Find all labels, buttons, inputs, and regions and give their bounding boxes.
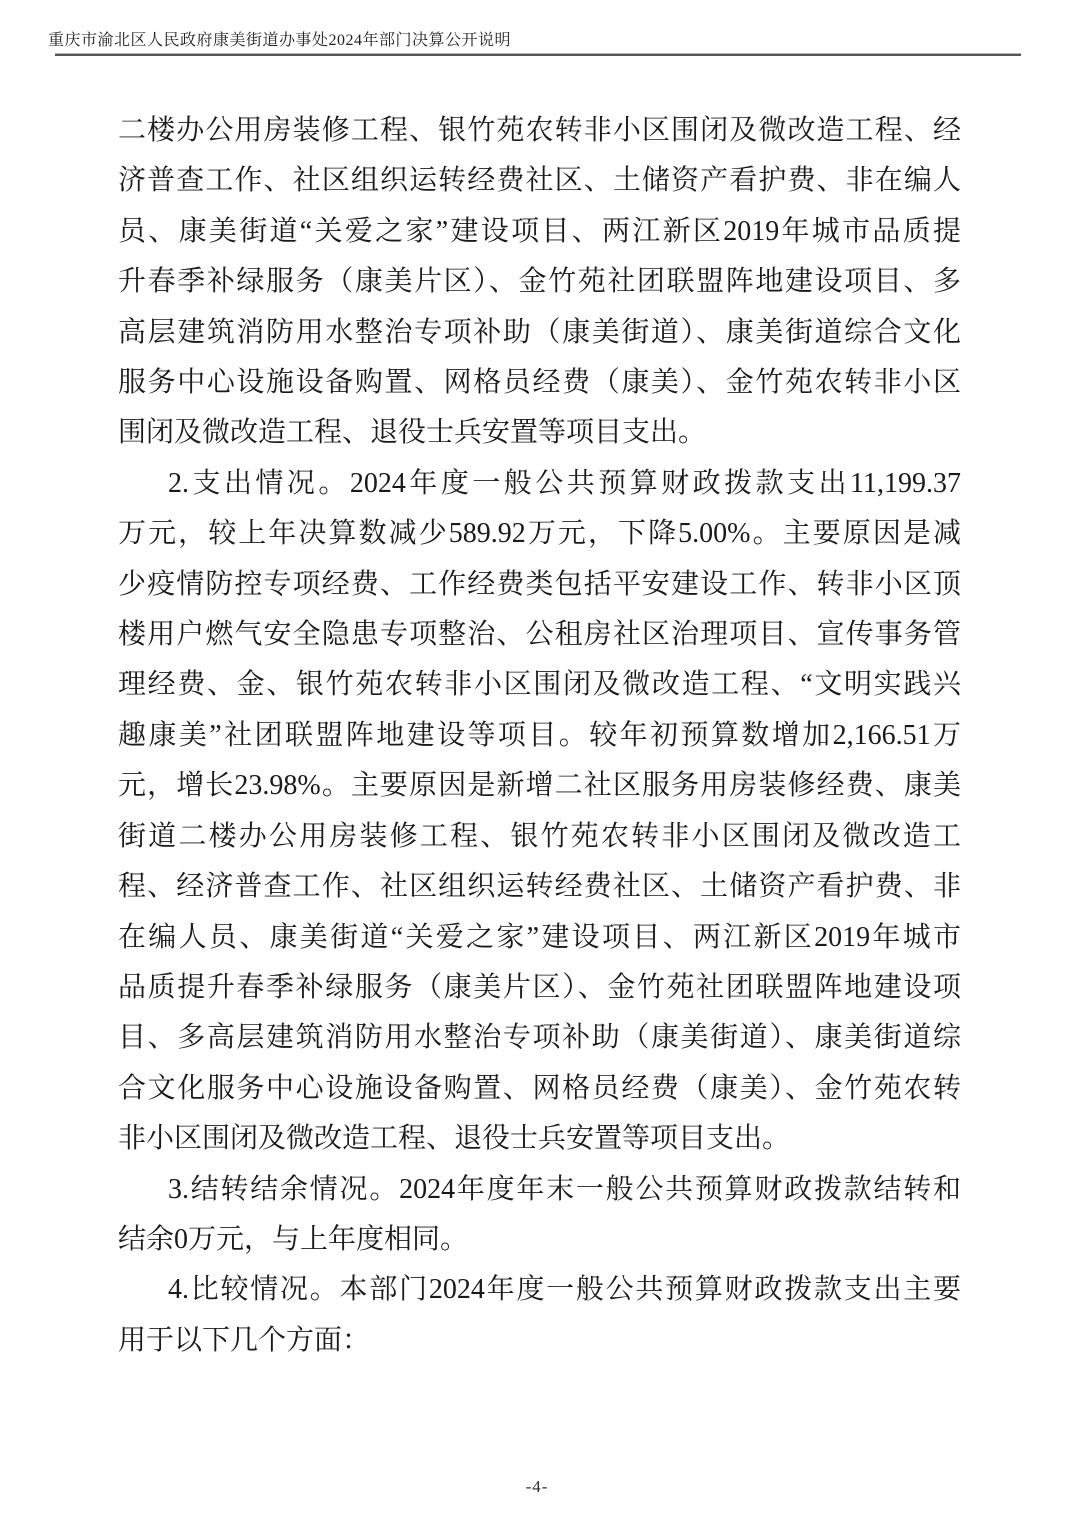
text-line: 3.结转结余情况。2024年度年末一般公共预算财政拨款结转和 xyxy=(118,1165,961,1215)
text-line: 非小区围闭及微改造工程、退役士兵安置等项目支出。 xyxy=(118,1114,961,1164)
text-line: 合文化服务中心设施设备购置、网格员经费（康美）、金竹苑农转 xyxy=(118,1064,961,1114)
text-line: 万元，较上年决算数减少589.92万元，下降5.00%。主要原因是减 xyxy=(118,509,961,559)
text-line: 员、康美街道“关爱之家”建设项目、两江新区2019年城市品质提 xyxy=(118,207,961,257)
text-line: 元，增长23.98%。主要原因是新增二社区服务用房装修经费、康美 xyxy=(118,761,961,811)
text-line: 在编人员、康美街道“关爱之家”建设项目、两江新区2019年城市 xyxy=(118,913,961,963)
text-line: 少疫情防控专项经费、工作经费类包括平安建设工作、转非小区顶 xyxy=(118,560,961,610)
text-line: 济普查工作、社区组织运转经费社区、土储资产看护费、非在编人 xyxy=(118,156,961,206)
text-line: 4.比较情况。本部门2024年度一般公共预算财政拨款支出主要 xyxy=(118,1265,961,1315)
text-line: 结余0万元，与上年度相同。 xyxy=(118,1215,961,1265)
text-line: 围闭及微改造工程、退役士兵安置等项目支出。 xyxy=(118,408,961,458)
page-header-title: 重庆市渝北区人民政府康美街道办事处2024年部门决算公开说明 xyxy=(48,27,511,50)
page-number: -4- xyxy=(0,1477,1074,1497)
text-line: 2.支出情况。2024年度一般公共预算财政拨款支出11,199.37 xyxy=(118,459,961,509)
text-line: 品质提升春季补绿服务（康美片区）、金竹苑社团联盟阵地建设项 xyxy=(118,963,961,1013)
text-line: 趣康美”社团联盟阵地建设等项目。较年初预算数增加2,166.51万 xyxy=(118,711,961,761)
text-line: 街道二楼办公用房装修工程、银竹苑农转非小区围闭及微改造工 xyxy=(118,812,961,862)
text-line: 程、经济普查工作、社区组织运转经费社区、土储资产看护费、非 xyxy=(118,862,961,912)
text-line: 楼用户燃气安全隐患专项整治、公租房社区治理项目、宣传事务管 xyxy=(118,610,961,660)
text-line: 用于以下几个方面： xyxy=(118,1316,961,1366)
text-line: 理经费、金、银竹苑农转非小区围闭及微改造工程、“文明实践兴 xyxy=(118,660,961,710)
text-line: 目、多高层建筑消防用水整治专项补助（康美街道）、康美街道综 xyxy=(118,1013,961,1063)
text-line: 升春季补绿服务（康美片区）、金竹苑社团联盟阵地建设项目、多 xyxy=(118,257,961,307)
text-line: 二楼办公用房装修工程、银竹苑农转非小区围闭及微改造工程、经 xyxy=(118,106,961,156)
header-divider xyxy=(55,53,1021,56)
document-body: 二楼办公用房装修工程、银竹苑农转非小区围闭及微改造工程、经 济普查工作、社区组织… xyxy=(118,106,961,1366)
text-line: 高层建筑消防用水整治专项补助（康美街道）、康美街道综合文化 xyxy=(118,308,961,358)
text-line: 服务中心设施设备购置、网格员经费（康美）、金竹苑农转非小区 xyxy=(118,358,961,408)
document-page: 重庆市渝北区人民政府康美街道办事处2024年部门决算公开说明 二楼办公用房装修工… xyxy=(0,0,1074,1520)
